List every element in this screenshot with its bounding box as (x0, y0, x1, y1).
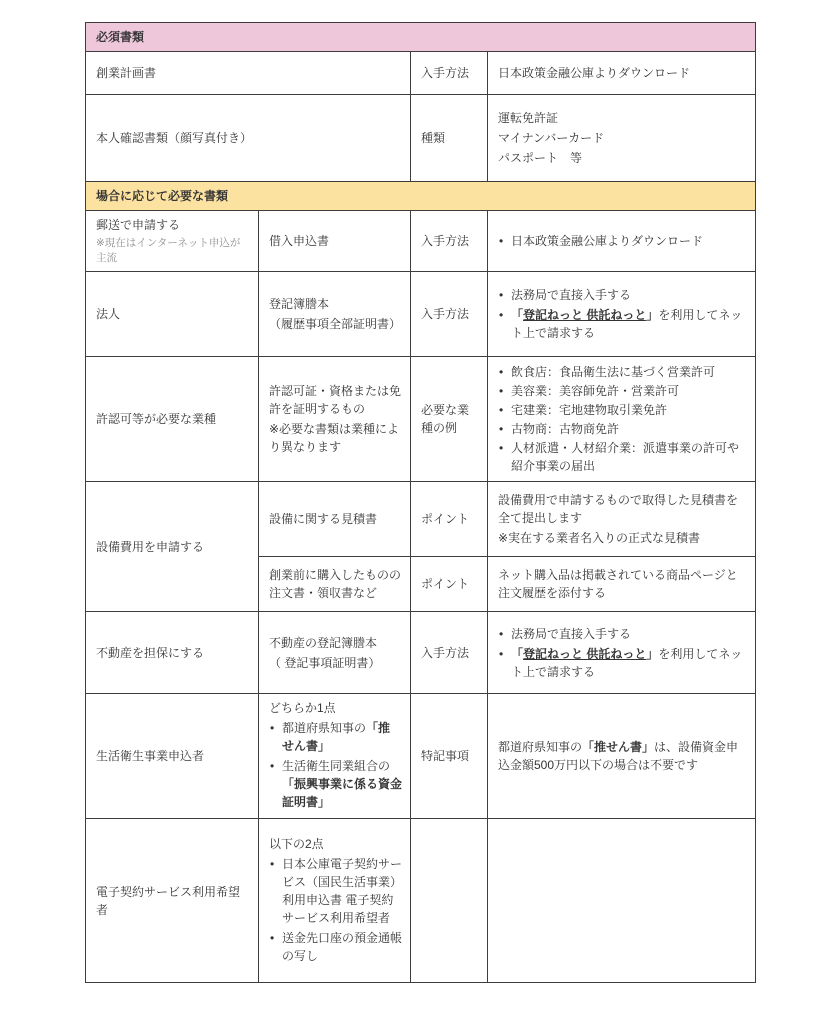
identity-line: 運転免許証 (498, 109, 747, 127)
cell-case-real-estate: 不動産を担保にする (86, 612, 259, 694)
document-page: 必須書類 創業計画書 入手方法 日本政策金融公庫よりダウンロード 本人確認書類（… (0, 0, 814, 1024)
doc-line: 不動産の登記簿謄本 (269, 634, 402, 652)
cell-detail: 法務局で直接入手する 「登記ねっと 供託ねっと」を利用してネット上で請求する (488, 272, 756, 357)
table-row: 本人確認書類（顔写真付き） 種類 運転免許証 マイナンバーカード パスポート 等 (86, 95, 756, 182)
cell-label: ポイント (411, 557, 488, 612)
cell-case-mail: 郵送で申請する ※現在はインターネット申込が主流 (86, 211, 259, 272)
detail-note: ※実在する業者名入りの正式な見積書 (498, 529, 747, 547)
list-item-text: 生活衛生同業組合の (282, 759, 390, 773)
list-item: 飲食店：食品衛生法に基づく営業許可 (498, 363, 747, 381)
doc-line: （履歴事項全部証明書） (269, 315, 402, 333)
cell-case-equipment: 設備費用を申請する (86, 482, 259, 612)
suisensho-emphasis: 「推せん書」 (582, 740, 654, 754)
identity-line: マイナンバーカード (498, 129, 747, 147)
table-row: 電子契約サービス利用希望者 以下の2点 日本公庫電子契約サービス（国民生活事業）… (86, 819, 756, 983)
cell-detail: 都道府県知事の「推せん書」は、設備資金申込金額500万円以下の場合は不要です (488, 694, 756, 819)
touki-net-link[interactable]: 登記ねっと 供託ねっと (523, 647, 646, 661)
shinko-shomeisho-emphasis: 「振興事業に係る資金証明書」 (282, 777, 402, 809)
list-item: 日本公庫電子契約サービス（国民生活事業）利用申込書 電子契約サービス利用希望者 (269, 855, 402, 927)
cell-label: 特記事項 (411, 694, 488, 819)
cell-label: 必要な業種の例 (411, 357, 488, 482)
list-item: 法務局で直接入手する (498, 625, 747, 643)
cell-detail: 設備費用で申請するもので取得した見積書を全て提出します ※実在する業者名入りの正… (488, 482, 756, 557)
table-row: 法人 登記簿謄本 （履歴事項全部証明書） 入手方法 法務局で直接入手する 「登記… (86, 272, 756, 357)
cell-doc: 許認可証・資格または免許を証明するもの ※必要な書類は業種により異なります (259, 357, 411, 482)
doc-intro: どちらか1点 (269, 699, 402, 717)
bracket-open: 「 (511, 647, 523, 661)
cell-doc-identity: 本人確認書類（顔写真付き） (86, 95, 411, 182)
cell-doc: 以下の2点 日本公庫電子契約サービス（国民生活事業）利用申込書 電子契約サービス… (259, 819, 411, 983)
doc-intro: 以下の2点 (269, 835, 402, 853)
list-item: 都道府県知事の「推せん書」 (269, 719, 402, 755)
cell-label: 入手方法 (411, 52, 488, 95)
cell-detail-empty (488, 819, 756, 983)
cell-label: 入手方法 (411, 272, 488, 357)
list-item: 美容業：美容師免許・営業許可 (498, 382, 747, 400)
bracket-close: 」 (646, 647, 658, 661)
table-row: 設備費用を申請する 設備に関する見積書 ポイント 設備費用で申請するもので取得し… (86, 482, 756, 557)
cell-detail: 飲食店：食品衛生法に基づく営業許可 美容業：美容師免許・営業許可 宅建業：宅地建… (488, 357, 756, 482)
bracket-open: 「 (511, 308, 523, 322)
cell-doc: 借入申込書 (259, 211, 411, 272)
table-row: 創業計画書 入手方法 日本政策金融公庫よりダウンロード (86, 52, 756, 95)
cell-detail: 運転免許証 マイナンバーカード パスポート 等 (488, 95, 756, 182)
cell-detail: ネット購入品は掲載されている商品ページと注文履歴を添付する (488, 557, 756, 612)
list-item: 人材派遣・人材紹介業：派遣事業の許可や紹介事業の届出 (498, 439, 747, 475)
table-row: 必須書類 (86, 23, 756, 52)
table-row: 生活衛生事業申込者 どちらか1点 都道府県知事の「推せん書」 生活衛生同業組合の… (86, 694, 756, 819)
identity-line: パスポート 等 (498, 149, 747, 167)
cell-doc: 創業前に購入したものの注文書・領収書など (259, 557, 411, 612)
cell-doc: 登記簿謄本 （履歴事項全部証明書） (259, 272, 411, 357)
cell-case-licensed: 許認可等が必要な業種 (86, 357, 259, 482)
cell-label: 入手方法 (411, 612, 488, 694)
touki-net-link[interactable]: 登記ねっと 供託ねっと (523, 308, 646, 322)
case-title: 郵送で申請する (96, 216, 250, 234)
section-header-required: 必須書類 (86, 23, 756, 52)
section-header-conditional: 場合に応じて必要な書類 (86, 182, 756, 211)
table-row: 許認可等が必要な業種 許認可証・資格または免許を証明するもの ※必要な書類は業種… (86, 357, 756, 482)
doc-line: 登記簿謄本 (269, 295, 402, 313)
doc-line: 許認可証・資格または免許を証明するもの (269, 382, 402, 418)
detail-text: 都道府県知事の (498, 740, 582, 754)
list-item: 法務局で直接入手する (498, 286, 747, 304)
cell-detail: 法務局で直接入手する 「登記ねっと 供託ねっと」を利用してネット上で請求する (488, 612, 756, 694)
list-item-text: 都道府県知事の (282, 721, 366, 735)
cell-label: 種類 (411, 95, 488, 182)
list-item: 生活衛生同業組合の「振興事業に係る資金証明書」 (269, 757, 402, 811)
list-item: 宅建業：宅地建物取引業免許 (498, 401, 747, 419)
cell-detail: 日本政策金融公庫よりダウンロード (488, 211, 756, 272)
detail-text: 設備費用で申請するもので取得した見積書を全て提出します (498, 491, 747, 527)
cell-label: ポイント (411, 482, 488, 557)
cell-label-empty (411, 819, 488, 983)
cell-doc: 不動産の登記簿謄本 （ 登記事項証明書） (259, 612, 411, 694)
table-row: 不動産を担保にする 不動産の登記簿謄本 （ 登記事項証明書） 入手方法 法務局で… (86, 612, 756, 694)
cell-doc-business-plan: 創業計画書 (86, 52, 411, 95)
list-item: 送金先口座の預金通帳の写し (269, 929, 402, 965)
cell-case-econtract: 電子契約サービス利用希望者 (86, 819, 259, 983)
required-documents-table: 必須書類 創業計画書 入手方法 日本政策金融公庫よりダウンロード 本人確認書類（… (85, 22, 756, 983)
doc-note: ※必要な書類は業種により異なります (269, 420, 402, 456)
cell-label: 入手方法 (411, 211, 488, 272)
table-row: 郵送で申請する ※現在はインターネット申込が主流 借入申込書 入手方法 日本政策… (86, 211, 756, 272)
case-note: ※現在はインターネット申込が主流 (96, 236, 250, 266)
cell-doc: どちらか1点 都道府県知事の「推せん書」 生活衛生同業組合の「振興事業に係る資金… (259, 694, 411, 819)
list-item: 「登記ねっと 供託ねっと」を利用してネット上で請求する (498, 645, 747, 681)
bracket-close: 」 (646, 308, 658, 322)
doc-line: （ 登記事項証明書） (269, 654, 402, 672)
cell-case-seikatsu: 生活衛生事業申込者 (86, 694, 259, 819)
cell-detail: 日本政策金融公庫よりダウンロード (488, 52, 756, 95)
table-row: 場合に応じて必要な書類 (86, 182, 756, 211)
list-item: 「登記ねっと 供託ねっと」を利用してネット上で請求する (498, 306, 747, 342)
cell-doc: 設備に関する見積書 (259, 482, 411, 557)
list-item: 日本政策金融公庫よりダウンロード (498, 232, 747, 250)
list-item: 古物商：古物商免許 (498, 420, 747, 438)
cell-case-corporation: 法人 (86, 272, 259, 357)
